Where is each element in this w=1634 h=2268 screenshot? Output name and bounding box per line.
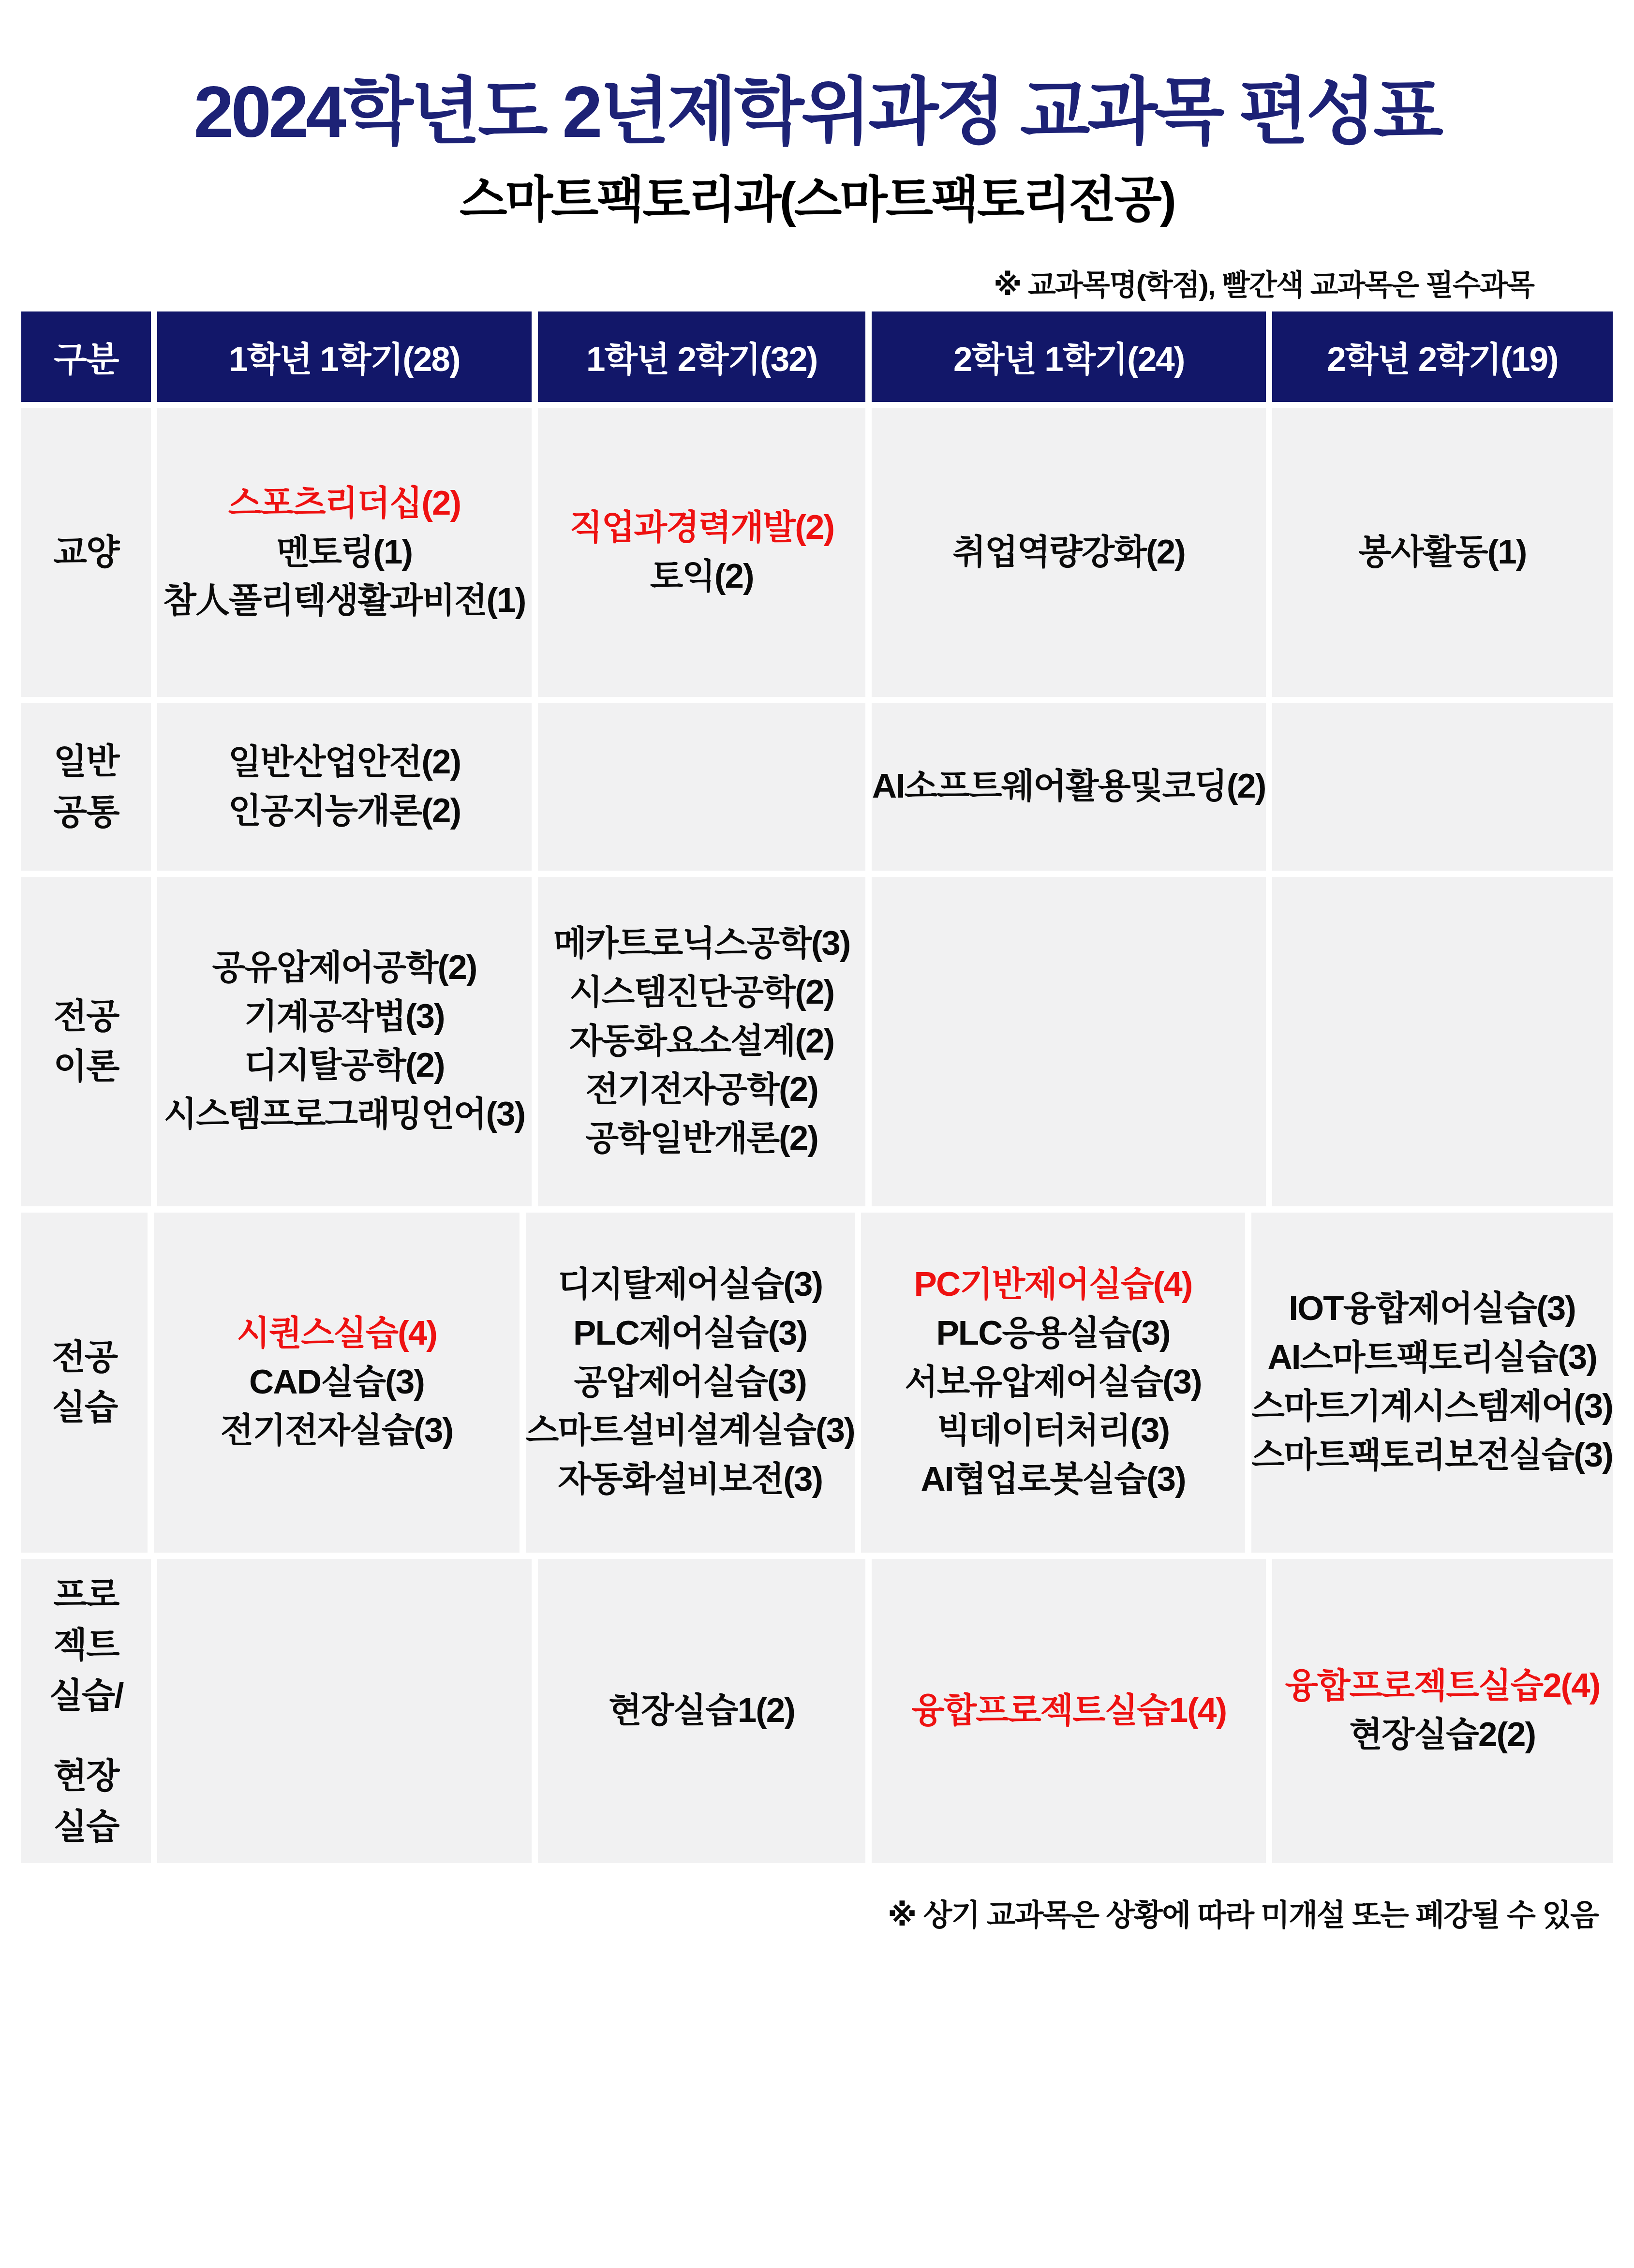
course-cell: 현장실습1(2) — [538, 1559, 866, 1863]
course-cell: 일반산업안전(2) 인공지능개론(2) — [157, 703, 532, 871]
course-cell: 봉사활동(1) — [1272, 408, 1613, 697]
course-item: 서보유압제어실습(3) — [905, 1358, 1201, 1407]
course-item: 전기전자공학(2) — [586, 1066, 818, 1114]
course-item: 취업역량강화(2) — [953, 528, 1185, 577]
category-line: 일반 — [53, 736, 119, 786]
course-item: AI소프트웨어활용및코딩(2) — [872, 762, 1266, 811]
course-item: PC기반제어실습(4) — [914, 1260, 1192, 1309]
course-item: 시스템프로그래밍언어(3) — [164, 1090, 525, 1139]
table-row-project-field-practice: 프로 젝트 실습/ 현장 실습 현장실습1(2) 융합프로젝트실습1(4) 융합… — [21, 1559, 1613, 1863]
disclaimer-note: ※ 상기 교과목은 상황에 따라 미개설 또는 폐강될 수 있음 — [21, 1891, 1598, 1934]
category-line: 프로 — [53, 1570, 119, 1620]
page-title: 2024학년도 2년제학위과정 교과목 편성표 — [21, 67, 1613, 158]
category-line: 실습 — [52, 1382, 117, 1433]
course-item: 융합프로젝트실습2(4) — [1285, 1662, 1600, 1711]
course-item: 현장실습1(2) — [609, 1687, 795, 1735]
table-row-major-practice: 전공 실습 시퀀스실습(4) CAD실습(3) 전기전자실습(3) 디지탈제어실… — [21, 1213, 1613, 1553]
course-item: 스마트설비설계실습(3) — [526, 1407, 855, 1455]
course-cell: 메카트로닉스공학(3) 시스템진단공학(2) 자동화요소설계(2) 전기전자공학… — [538, 877, 866, 1206]
category-line: 실습 — [53, 1802, 119, 1852]
header-cell-sem2: 1학년 2학기(32) — [538, 311, 866, 402]
row-category-label: 교양 — [21, 408, 151, 697]
category-line: 실습/ — [49, 1671, 123, 1721]
course-cell: 시퀀스실습(4) CAD실습(3) 전기전자실습(3) — [154, 1213, 519, 1553]
course-cell: 취업역량강화(2) — [872, 408, 1265, 697]
course-cell: AI소프트웨어활용및코딩(2) — [872, 703, 1265, 871]
row-category-label: 전공 실습 — [21, 1213, 148, 1553]
course-cell: IOT융합제어실습(3) AI스마트팩토리실습(3) 스마트기계시스템제어(3)… — [1251, 1213, 1613, 1553]
curriculum-table: 구분 1학년 1학기(28) 1학년 2학기(32) 2학년 1학기(24) 2… — [21, 311, 1613, 1863]
course-item: 빅데이터처리(3) — [937, 1407, 1169, 1455]
category-line: 전공 — [53, 991, 119, 1041]
course-item: PLC응용실습(3) — [936, 1309, 1170, 1358]
course-item: 스마트팩토리보전실습(3) — [1251, 1431, 1613, 1480]
course-item: AI협업로봇실습(3) — [921, 1455, 1185, 1504]
course-item: 스마트기계시스템제어(3) — [1251, 1382, 1613, 1431]
course-cell: 스포츠리더십(2) 멘토링(1) 참人폴리텍생활과비전(1) — [157, 408, 532, 697]
curriculum-poster: 2024학년도 2년제학위과정 교과목 편성표 스마트팩토리과(스마트팩토리전공… — [0, 67, 1634, 1934]
course-item: 시스템진단공학(2) — [569, 968, 834, 1017]
course-item: 디지탈공학(2) — [244, 1041, 445, 1090]
table-row-major-theory: 전공 이론 공유압제어공학(2) 기계공작법(3) 디지탈공학(2) 시스템프로… — [21, 877, 1613, 1206]
course-item: 공압제어실습(3) — [574, 1358, 806, 1407]
category-line: 이론 — [53, 1041, 119, 1092]
course-cell-empty — [1272, 703, 1613, 871]
header-cell-sem1: 1학년 1학기(28) — [157, 311, 532, 402]
header-cell-sem4: 2학년 2학기(19) — [1272, 311, 1613, 402]
course-item: 일반산업안전(2) — [228, 738, 460, 787]
course-cell-empty — [1272, 877, 1613, 1206]
course-cell: 직업과경력개발(2) 토익(2) — [538, 408, 866, 697]
page-subtitle: 스마트팩토리과(스마트팩토리전공) — [21, 161, 1613, 231]
header-cell-sem3: 2학년 1학기(24) — [872, 311, 1265, 402]
course-item: 디지탈제어실습(3) — [558, 1260, 822, 1309]
course-item: 참人폴리텍생활과비전(1) — [163, 577, 525, 625]
course-item: 인공지능개론(2) — [228, 787, 460, 836]
course-item: 메카트로닉스공학(3) — [553, 919, 850, 968]
course-item: 공유압제어공학(2) — [212, 944, 476, 993]
course-cell: 디지탈제어실습(3) PLC제어실습(3) 공압제어실습(3) 스마트설비설계실… — [526, 1213, 855, 1553]
course-item: 공학일반개론(2) — [586, 1114, 818, 1163]
course-item: 토익(2) — [650, 552, 754, 601]
course-cell: 융합프로젝트실습1(4) — [872, 1559, 1265, 1863]
course-cell-empty — [872, 877, 1265, 1206]
course-item: 융합프로젝트실습1(4) — [911, 1687, 1226, 1735]
course-item: 전기전자실습(3) — [221, 1407, 453, 1455]
course-item: 기계공작법(3) — [244, 993, 445, 1041]
category-line: 교양 — [53, 527, 119, 578]
table-header-row: 구분 1학년 1학기(28) 1학년 2학기(32) 2학년 1학기(24) 2… — [21, 311, 1613, 402]
course-item: CAD실습(3) — [249, 1358, 424, 1407]
course-cell-empty — [157, 1559, 532, 1863]
category-line: 전공 — [52, 1332, 117, 1382]
table-row-general-common: 일반 공통 일반산업안전(2) 인공지능개론(2) AI소프트웨어활용및코딩(2… — [21, 703, 1613, 871]
course-item: 현장실습2(2) — [1350, 1711, 1536, 1760]
table-row-liberal-arts: 교양 스포츠리더십(2) 멘토링(1) 참人폴리텍생활과비전(1) 직업과경력개… — [21, 408, 1613, 697]
course-item: AI스마트팩토리실습(3) — [1267, 1334, 1596, 1382]
course-cell-empty — [538, 703, 866, 871]
course-cell: 공유압제어공학(2) 기계공작법(3) 디지탈공학(2) 시스템프로그래밍언어(… — [157, 877, 532, 1206]
course-item: 자동화설비보전(3) — [558, 1455, 822, 1504]
course-item: 봉사활동(1) — [1358, 528, 1526, 577]
category-line: 공통 — [53, 787, 119, 837]
course-cell: 융합프로젝트실습2(4) 현장실습2(2) — [1272, 1559, 1613, 1863]
legend-note: ※ 교과목명(학점), 빨간색 교과목은 필수과목 — [21, 262, 1534, 304]
row-category-label: 프로 젝트 실습/ 현장 실습 — [21, 1559, 151, 1863]
course-item: 시퀀스실습(4) — [237, 1309, 437, 1358]
course-item: 직업과경력개발(2) — [569, 504, 834, 552]
course-cell: PC기반제어실습(4) PLC응용실습(3) 서보유압제어실습(3) 빅데이터처… — [861, 1213, 1246, 1553]
category-line: 젝트 — [53, 1620, 119, 1670]
course-item: 멘토링(1) — [277, 528, 413, 577]
category-line: 현장 — [53, 1751, 119, 1801]
row-category-label: 일반 공통 — [21, 703, 151, 871]
course-item: 스포츠리더십(2) — [228, 479, 460, 528]
header-cell-category: 구분 — [21, 311, 151, 402]
course-item: IOT융합제어실습(3) — [1289, 1285, 1575, 1334]
course-item: 자동화요소설계(2) — [569, 1017, 834, 1066]
course-item: PLC제어실습(3) — [573, 1309, 807, 1358]
row-category-label: 전공 이론 — [21, 877, 151, 1206]
